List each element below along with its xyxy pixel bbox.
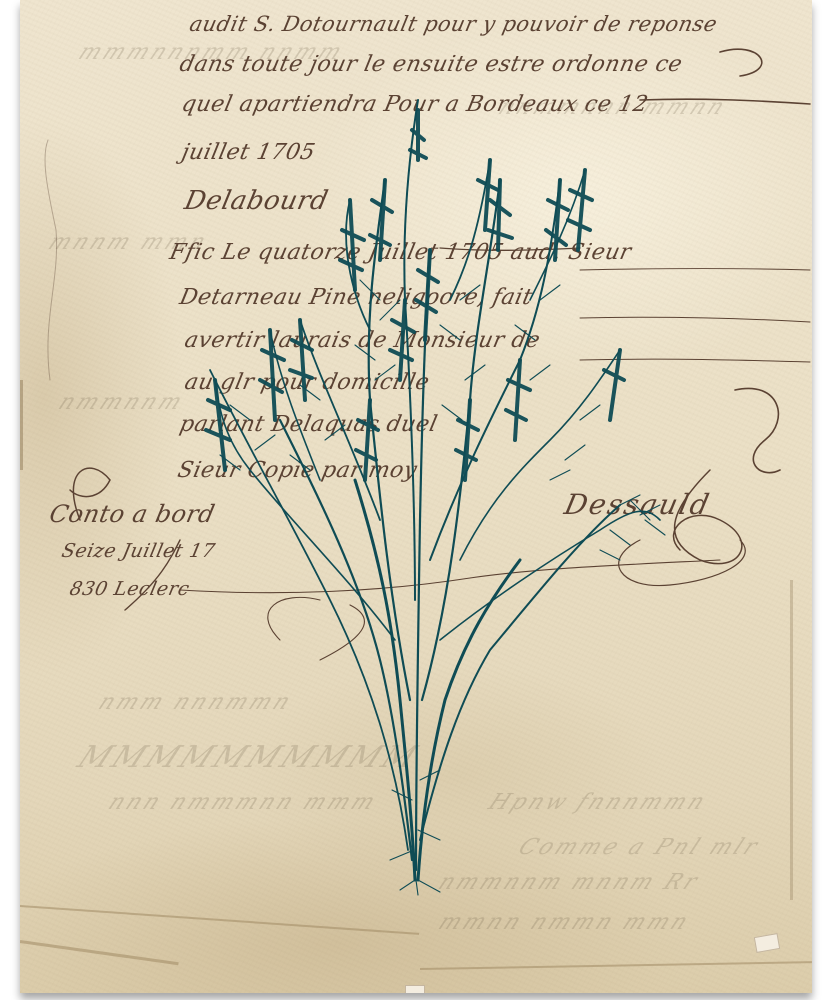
- manuscript-paper: mmmnnnmm nnmm nnmmnnn mmnn mnnm mmn nmmn…: [20, 0, 812, 993]
- ink-flourishes: [45, 49, 810, 660]
- canvas-print: mmmnnnmm nnmm nnmmnnn mmnn mnnm mmn nmmn…: [20, 0, 812, 993]
- seaweed-specimen: [206, 100, 665, 895]
- ink-and-specimen-layer: [20, 0, 812, 993]
